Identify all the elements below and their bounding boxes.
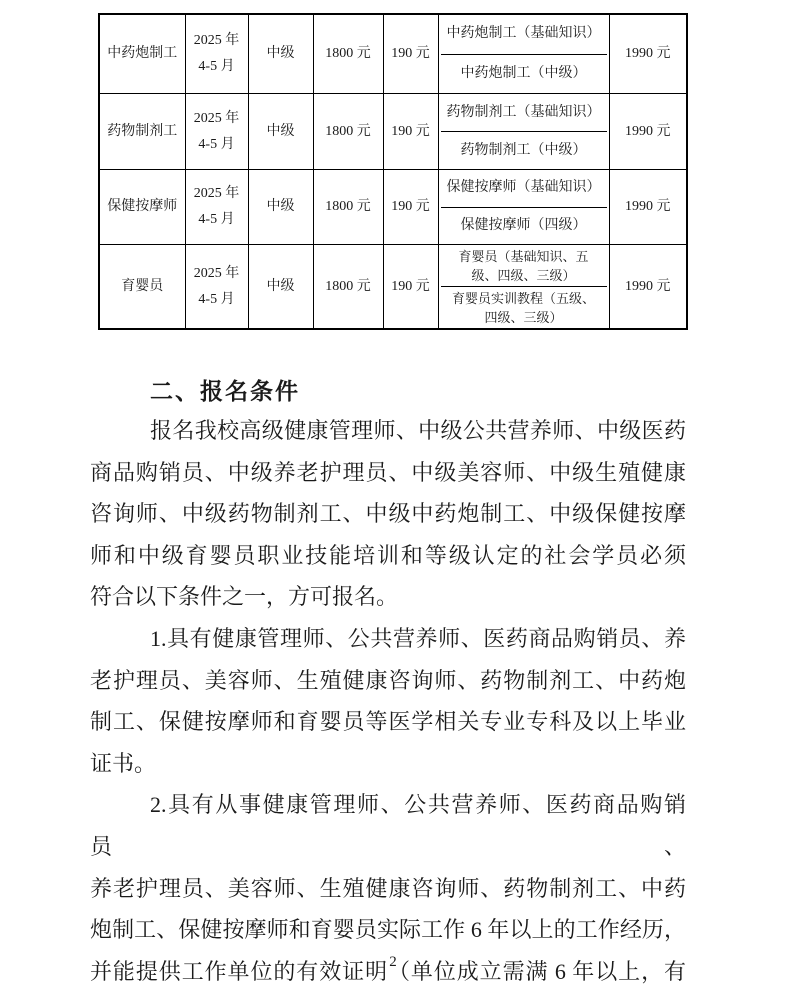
cell-textbooks: 保健按摩师（基础知识） 保健按摩师（四级） [438, 170, 609, 245]
text-line: 符合以下条件之一，方可报名。 [90, 576, 686, 618]
textbook-item: 药物制剂工（基础知识） [441, 94, 607, 131]
text-line: 炮制工、保健按摩师和育婴员实际工作 6 年以上的工作经历， [90, 909, 686, 951]
textbook-item: 中药炮制工（中级） [441, 54, 607, 94]
cell-level: 中级 [248, 94, 313, 170]
text-line: 商品购销员、中级养老护理员、中级美容师、中级生殖健康 [90, 452, 686, 494]
section-heading: 二、报名条件 [90, 377, 686, 405]
course-table: 中药炮制工 2025 年 4-5 月 中级 1800 元 190 元 中药炮制工… [98, 13, 688, 330]
cell-occupation: 中药炮制工 [99, 14, 185, 94]
body-text: 报名我校高级健康管理师、中级公共营养师、中级医药 商品购销员、中级养老护理员、中… [90, 410, 686, 992]
cell-total-fee: 1990 元 [609, 14, 687, 94]
date-value: 2025 年 4-5 月 [188, 28, 246, 80]
textbook-list: 药物制剂工（基础知识） 药物制剂工（中级） [441, 94, 607, 169]
cell-occupation: 保健按摩师 [99, 170, 185, 245]
cell-exam-fee: 190 元 [383, 94, 438, 170]
table-row: 保健按摩师 2025 年 4-5 月 中级 1800 元 190 元 保健按摩师… [99, 170, 687, 245]
cell-exam-fee: 190 元 [383, 14, 438, 94]
text-line: 1.具有健康管理师、公共营养师、医药商品购销员、养 [90, 618, 686, 660]
date-year: 2025 年 [188, 181, 246, 207]
text-line: 证书。 [90, 743, 686, 785]
date-months: 4-5 月 [188, 287, 246, 313]
date-value: 2025 年 4-5 月 [188, 261, 246, 313]
page-number: 2 [0, 954, 786, 971]
textbook-list: 育婴员（基础知识、五级、四级、三级） 育婴员实训教程（五级、四级、三级） [441, 245, 607, 328]
cell-tuition-fee: 1800 元 [313, 14, 383, 94]
cell-date: 2025 年 4-5 月 [185, 245, 248, 330]
cell-total-fee: 1990 元 [609, 245, 687, 330]
textbook-list: 中药炮制工（基础知识） 中药炮制工（中级） [441, 15, 607, 93]
table-row: 中药炮制工 2025 年 4-5 月 中级 1800 元 190 元 中药炮制工… [99, 14, 687, 94]
date-months: 4-5 月 [188, 132, 246, 158]
cell-occupation: 育婴员 [99, 245, 185, 330]
date-year: 2025 年 [188, 261, 246, 287]
textbook-item: 保健按摩师（基础知识） [441, 170, 607, 207]
date-value: 2025 年 4-5 月 [188, 181, 246, 233]
cell-tuition-fee: 1800 元 [313, 245, 383, 330]
text-line: 养老护理员、美容师、生殖健康咨询师、药物制剂工、中药 [90, 868, 686, 910]
text-line: 2.具有从事健康管理师、公共营养师、医药商品购销员、 [90, 784, 686, 867]
cell-date: 2025 年 4-5 月 [185, 94, 248, 170]
cell-textbooks: 药物制剂工（基础知识） 药物制剂工（中级） [438, 94, 609, 170]
cell-level: 中级 [248, 14, 313, 94]
cell-tuition-fee: 1800 元 [313, 170, 383, 245]
text-line: 师和中级育婴员职业技能培训和等级认定的社会学员必须 [90, 535, 686, 577]
cell-textbooks: 中药炮制工（基础知识） 中药炮制工（中级） [438, 14, 609, 94]
cell-exam-fee: 190 元 [383, 245, 438, 330]
cell-total-fee: 1990 元 [609, 94, 687, 170]
date-months: 4-5 月 [188, 54, 246, 80]
textbook-list: 保健按摩师（基础知识） 保健按摩师（四级） [441, 170, 607, 244]
date-year: 2025 年 [188, 106, 246, 132]
date-value: 2025 年 4-5 月 [188, 106, 246, 158]
cell-textbooks: 育婴员（基础知识、五级、四级、三级） 育婴员实训教程（五级、四级、三级） [438, 245, 609, 330]
text-line: 老护理员、美容师、生殖健康咨询师、药物制剂工、中药炮 [90, 660, 686, 702]
textbook-item: 中药炮制工（基础知识） [441, 15, 607, 54]
cell-occupation: 药物制剂工 [99, 94, 185, 170]
table-row: 育婴员 2025 年 4-5 月 中级 1800 元 190 元 育婴员（基础知… [99, 245, 687, 330]
cell-exam-fee: 190 元 [383, 170, 438, 245]
table-row: 药物制剂工 2025 年 4-5 月 中级 1800 元 190 元 药物制剂工… [99, 94, 687, 170]
textbook-item: 育婴员实训教程（五级、四级、三级） [441, 286, 607, 328]
textbook-item: 保健按摩师（四级） [441, 207, 607, 245]
cell-total-fee: 1990 元 [609, 170, 687, 245]
textbook-item: 育婴员（基础知识、五级、四级、三级） [441, 245, 607, 286]
text-line: 制工、保健按摩师和育婴员等医学相关专业专科及以上毕业 [90, 701, 686, 743]
text-line: 报名我校高级健康管理师、中级公共营养师、中级医药 [90, 410, 686, 452]
date-year: 2025 年 [188, 28, 246, 54]
textbook-item: 药物制剂工（中级） [441, 131, 607, 169]
document-page: 中药炮制工 2025 年 4-5 月 中级 1800 元 190 元 中药炮制工… [0, 0, 786, 999]
cell-date: 2025 年 4-5 月 [185, 14, 248, 94]
date-months: 4-5 月 [188, 207, 246, 233]
cell-tuition-fee: 1800 元 [313, 94, 383, 170]
cell-date: 2025 年 4-5 月 [185, 170, 248, 245]
cell-level: 中级 [248, 170, 313, 245]
cell-level: 中级 [248, 245, 313, 330]
text-line: 咨询师、中级药物制剂工、中级中药炮制工、中级保健按摩 [90, 493, 686, 535]
